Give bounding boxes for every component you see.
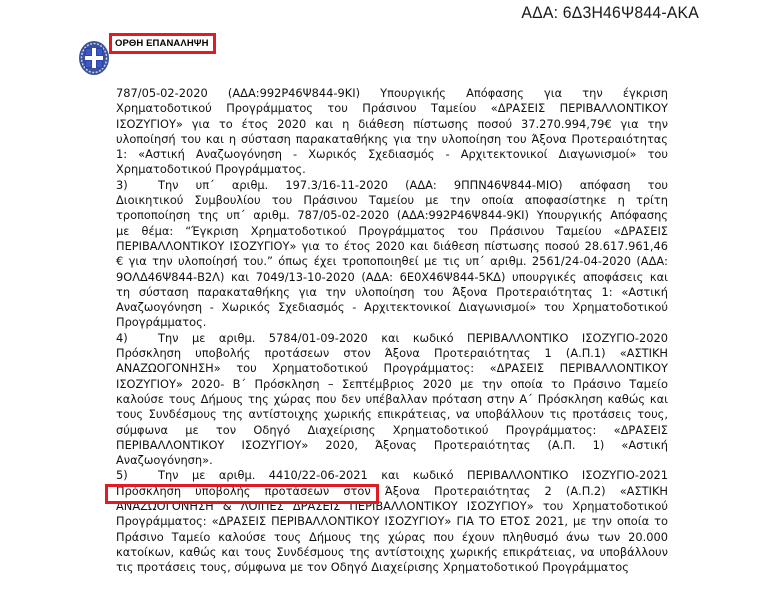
text-line: Χρηματοδοτικού Προγράμματος του Πράσινου… xyxy=(116,101,668,116)
text-line: ΙΣΟΖΥΓΙΟΥ» για το έτος 2020 και η διάθεσ… xyxy=(116,117,668,132)
paragraph-number: 3) xyxy=(116,178,158,193)
paragraph-p3: 3)Την υπ΄ αριθμ. 197.3/16-11-2020 (ΑΔΑ: … xyxy=(116,178,668,331)
text-line: 4)Την με αριθμ. 5784/01-09-2020 και κωδι… xyxy=(116,331,668,346)
text-line: τροποποίηση της υπ΄ αριθμ. 787/05-02-202… xyxy=(116,208,668,223)
text-line: Αναζωογόνηση». xyxy=(116,453,668,468)
text-line-content: Την με αριθμ. 5784/01-09-2020 και κωδικό… xyxy=(158,331,668,345)
text-line: 1: «Αστική Αναζωογόνηση - Χωρικός Σχεδια… xyxy=(116,147,668,162)
text-line: ΙΣΟΖΥΓΙΟΥ» 2020- Β΄ Πρόσκληση – Σεπτέμβρ… xyxy=(116,377,668,392)
text-line: ΑΝΑΖΩΟΓΟΝΗΣΗ» του Χρηματοδοτικού Προγράμ… xyxy=(116,361,668,376)
text-line: τις προτάσεις τους, σύμφωνα με τον Οδηγό… xyxy=(116,560,668,575)
text-line: € για την υλοποίησή του.” όπως έχει τροπ… xyxy=(116,254,668,269)
paragraph-number: 5) xyxy=(116,468,158,483)
correction-stamp: ΟΡΘΗ ΕΠΑΝΑΛΗΨΗ xyxy=(109,33,216,54)
text-line: 787/05-02-2020 (ΑΔΑ:992Ρ46Ψ844-9ΚΙ) Υπου… xyxy=(116,86,668,101)
text-line: υλοποίησή του και η σύσταση παρακαταθήκη… xyxy=(116,132,668,147)
text-line: 3)Την υπ΄ αριθμ. 197.3/16-11-2020 (ΑΔΑ: … xyxy=(116,178,668,193)
text-line: Πρόσκληση υποβολής προτάσεων στον Άξονα … xyxy=(116,346,668,361)
text-line: 5)Την με αριθμ. 4410/22-06-2021 και κωδι… xyxy=(116,468,668,483)
text-line: Προγράμματος. xyxy=(116,315,668,330)
greek-emblem-icon xyxy=(78,40,110,76)
text-line: κατοίκων, καθώς και τους Συνδέσμους της … xyxy=(116,545,668,560)
text-line: Πράσινο Ταμείο καλούσε τους Δήμους της χ… xyxy=(116,530,668,545)
text-line: ΠΕΡΙΒΑΛΛΟΝΤΙΚΟΥ ΙΣΟΖΥΓΙΟΥ» 2020, Άξονας … xyxy=(116,438,668,453)
ada-code: ΑΔΑ: 6Δ3Η46Ψ844-ΑΚΑ xyxy=(521,3,699,23)
paragraph-number: 4) xyxy=(116,331,158,346)
highlight-box xyxy=(105,484,379,504)
text-line: ΠΕΡΙΒΑΛΛΟΝΤΙΚΟΥ ΙΣΟΖΥΓΙΟΥ» για το έτος 2… xyxy=(116,239,668,254)
text-line: τους Συνδέσμους της αντίστοιχης χωρικής … xyxy=(116,407,668,422)
text-line: Χρηματοδοτικού Προγράμματος. xyxy=(116,162,668,177)
text-line: καλούσε τους Δήμους της χώρας που δεν υπ… xyxy=(116,392,668,407)
paragraph-p2-cont: 787/05-02-2020 (ΑΔΑ:992Ρ46Ψ844-9ΚΙ) Υπου… xyxy=(116,86,668,178)
text-line-content: Την με αριθμ. 4410/22-06-2021 και κωδικό… xyxy=(158,468,668,482)
text-line: σύμφωνα με τον Οδηγό Διαχείρισης Χρηματο… xyxy=(116,423,668,438)
text-line: με θέμα: “Έγκριση Χρηματοδοτικού Προγράμ… xyxy=(116,224,668,239)
text-line: Αναζωογόνηση - Χωρικός Σχεδιασμός - Αρχι… xyxy=(116,300,668,315)
text-line: 9ΟΛΔ46Ψ844-Β2Λ) και 7049/13-10-2020 (ΑΔΑ… xyxy=(116,270,668,285)
text-line: Προγράμματος: «ΔΡΑΣΕΙΣ ΠΕΡΙΒΑΛΛΟΝΤΙΚΟΥ Ι… xyxy=(116,514,668,529)
paragraph-p4: 4)Την με αριθμ. 5784/01-09-2020 και κωδι… xyxy=(116,331,668,469)
text-line: τη σύσταση παρακαταθήκης για την υλοποίη… xyxy=(116,285,668,300)
text-line: Διοικητικού Συμβουλίου του Πράσινου Ταμε… xyxy=(116,193,668,208)
text-line-content: Την υπ΄ αριθμ. 197.3/16-11-2020 (ΑΔΑ: 9Π… xyxy=(158,178,668,192)
